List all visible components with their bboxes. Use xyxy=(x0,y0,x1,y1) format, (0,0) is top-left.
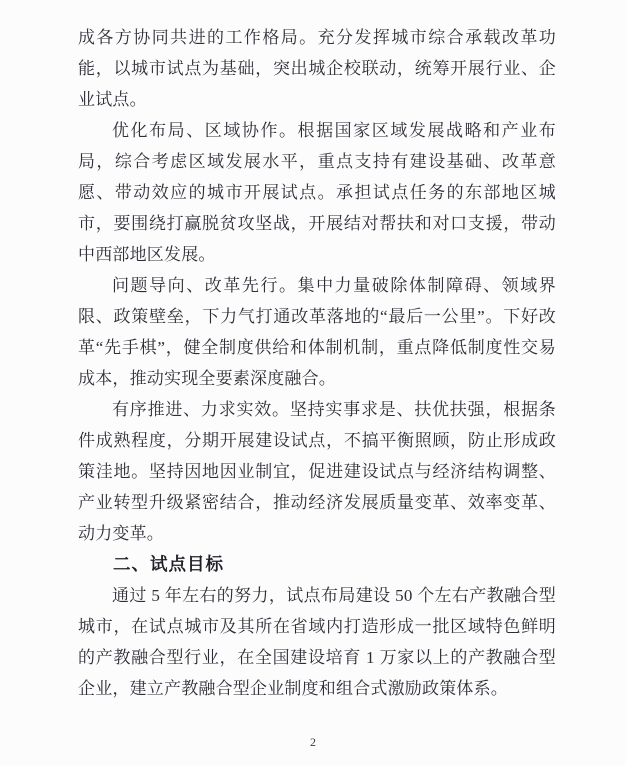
page-body: 成各方协同共进的工作格局。充分发挥城市综合承载改革功能，以城市试点为基础，突出城… xyxy=(0,0,626,766)
paragraph-optimize-layout: 优化布局、区域协作。根据国家区域发展战略和产业布局，综合考虑区域发展水平，重点支… xyxy=(78,115,556,270)
paragraph-orderly-advance: 有序推进、力求实效。坚持实事求是、扶优扶强，根据条件成熟程度，分期开展建设试点，… xyxy=(78,394,556,549)
paragraph-problem-oriented: 问题导向、改革先行。集中力量破除体制障碍、领域界限、政策壁垒，下力气打通改革落地… xyxy=(78,270,556,394)
paragraph-continued: 成各方协同共进的工作格局。充分发挥城市综合承载改革功能，以城市试点为基础，突出城… xyxy=(78,22,556,115)
document-page: { "colors": { "text": "#2d2d35", "headin… xyxy=(0,0,626,766)
paragraph-pilot-goal-detail: 通过 5 年左右的努力，试点布局建设 50 个左右产教融合型城市，在试点城市及其… xyxy=(78,580,556,704)
page-number: 2 xyxy=(0,735,626,750)
section-heading-pilot-goals: 二、试点目标 xyxy=(78,549,556,580)
